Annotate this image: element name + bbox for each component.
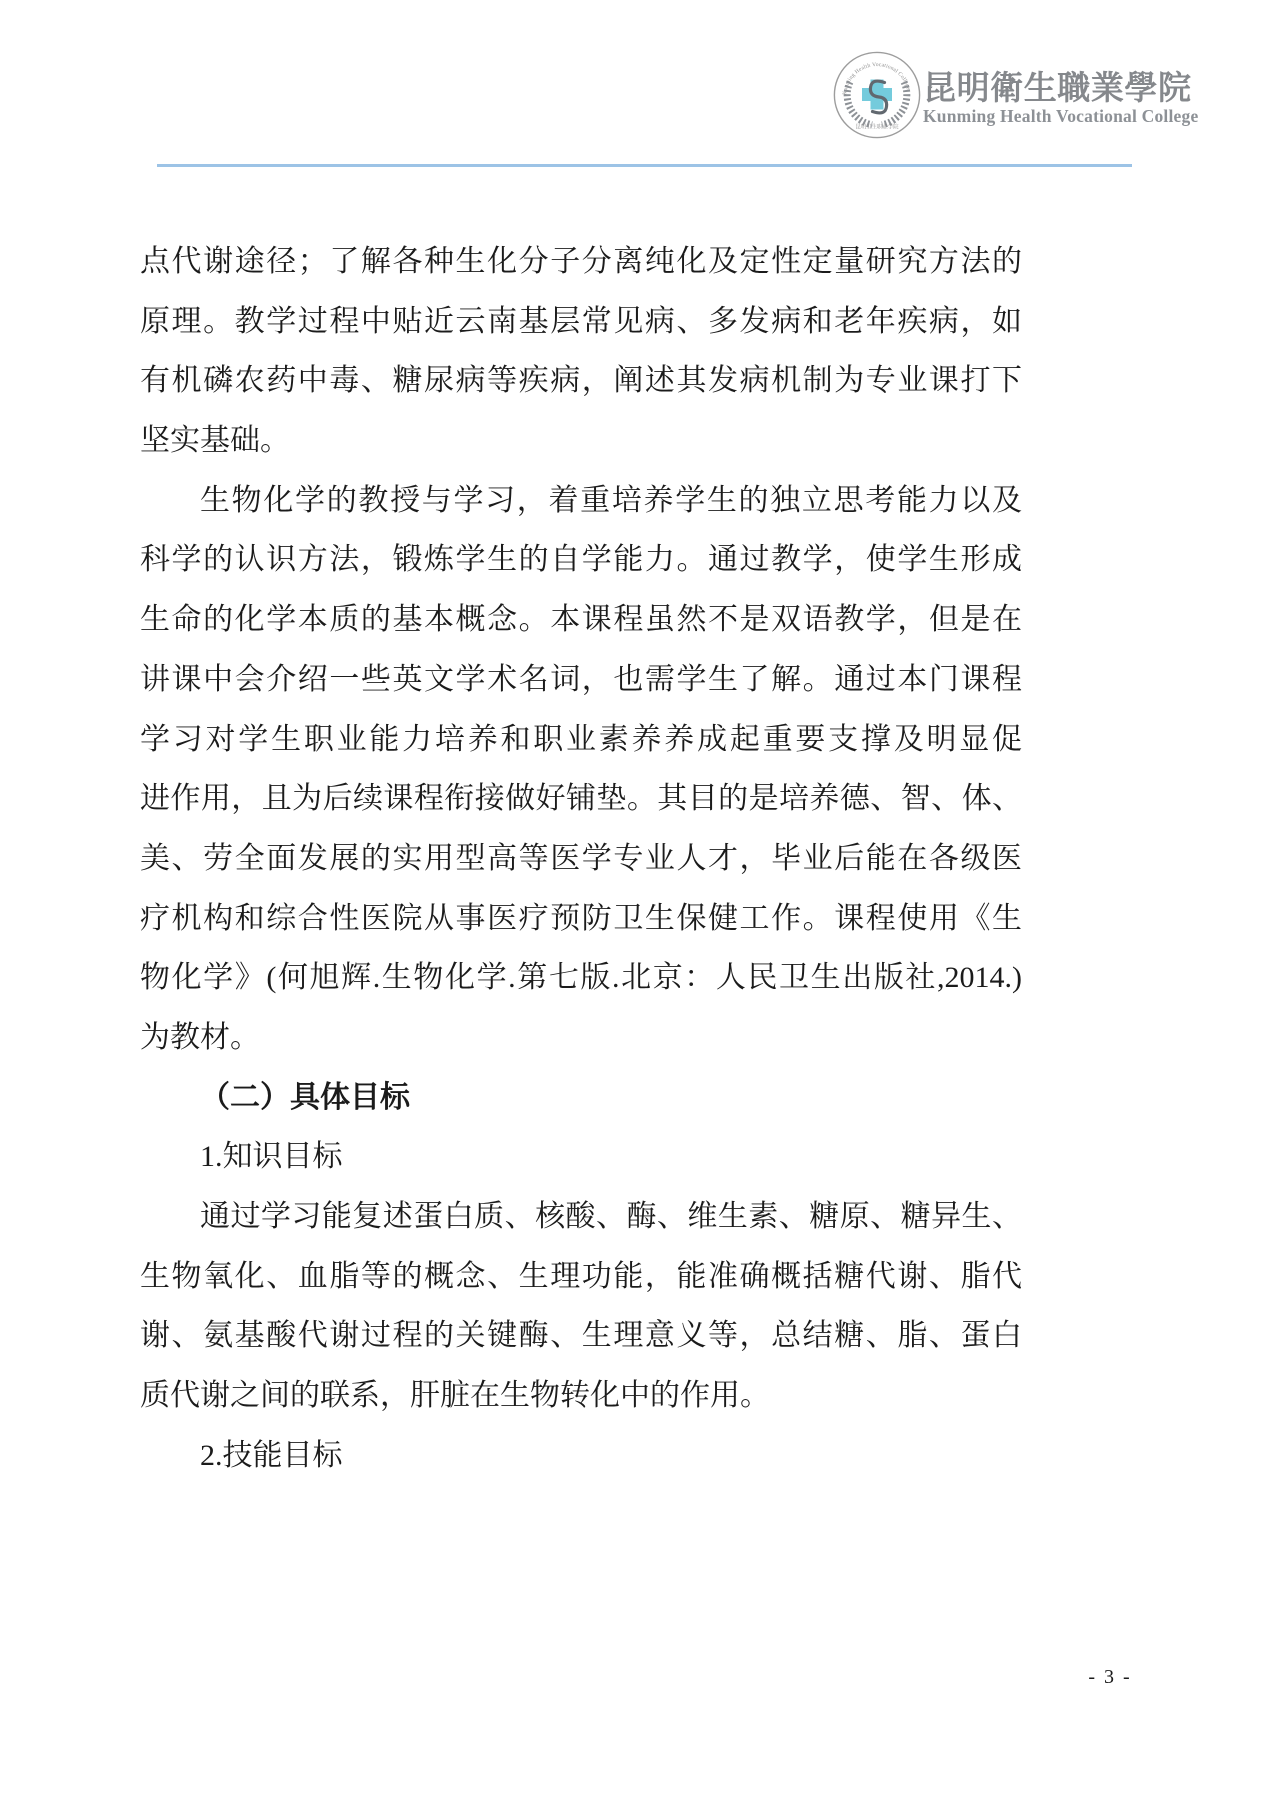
text-line: （二）具体目标 bbox=[140, 1068, 1022, 1128]
text-line: 科学的认识方法，锻炼学生的自学能力。通过教学，使学生形成 bbox=[140, 530, 1022, 590]
text-line: 生命的化学本质的基本概念。本课程虽然不是双语教学，但是在 bbox=[140, 590, 1022, 650]
seal-bottom-text: 昆明卫生职业学院 bbox=[855, 123, 899, 131]
text-line: 点代谢途径；了解各种生化分子分离纯化及定性定量研究方法的 bbox=[140, 232, 1022, 292]
text-line: 物化学》(何旭辉.生物化学.第七版.北京：人民卫生出版社,2014.) bbox=[140, 948, 1022, 1008]
text-line: 学习对学生职业能力培养和职业素养养成起重要支撑及明显促 bbox=[140, 710, 1022, 770]
text-line: 为教材。 bbox=[140, 1008, 1022, 1068]
text-line: 1.知识目标 bbox=[140, 1127, 1022, 1187]
text-line: 疗机构和综合性医院从事医疗预防卫生保健工作。课程使用《生 bbox=[140, 889, 1022, 949]
text-line: 谢、氨基酸代谢过程的关键酶、生理意义等，总结糖、脂、蛋白 bbox=[140, 1306, 1022, 1366]
page-number: - 3 - bbox=[1070, 1666, 1150, 1689]
college-seal-icon: Kunming Health Vocational College 昆明卫生职业… bbox=[833, 51, 921, 139]
body-text: 点代谢途径；了解各种生化分子分离纯化及定性定量研究方法的原理。教学过程中贴近云南… bbox=[140, 232, 1022, 1485]
text-line: 生物氧化、血脂等的概念、生理功能，能准确概括糖代谢、脂代 bbox=[140, 1247, 1022, 1307]
text-line: 有机磷农药中毒、糖尿病等疾病，阐述其发病机制为专业课打下 bbox=[140, 351, 1022, 411]
college-name-calligraphy: 昆明衛生職業學院 bbox=[923, 62, 1191, 109]
text-line: 生物化学的教授与学习，着重培养学生的独立思考能力以及 bbox=[140, 471, 1022, 531]
college-name-english: Kunming Health Vocational College bbox=[923, 106, 1191, 127]
college-seal: Kunming Health Vocational College 昆明卫生职业… bbox=[833, 51, 921, 139]
text-line: 进作用，且为后续课程衔接做好铺垫。其目的是培养德、智、体、 bbox=[140, 769, 1022, 829]
text-line: 通过学习能复述蛋白质、核酸、酶、维生素、糖原、糖异生、 bbox=[140, 1187, 1022, 1247]
text-line: 讲课中会介绍一些英文学术名词，也需学生了解。通过本门课程 bbox=[140, 650, 1022, 710]
header-divider bbox=[157, 164, 1132, 167]
text-line: 坚实基础。 bbox=[140, 411, 1022, 471]
text-line: 原理。教学过程中贴近云南基层常见病、多发病和老年疾病，如 bbox=[140, 292, 1022, 352]
text-line: 质代谢之间的联系，肝脏在生物转化中的作用。 bbox=[140, 1366, 1022, 1426]
document-page: Kunming Health Vocational College 昆明卫生职业… bbox=[0, 0, 1274, 1801]
text-line: 美、劳全面发展的实用型高等医学专业人才，毕业后能在各级医 bbox=[140, 829, 1022, 889]
text-line: 2.技能目标 bbox=[140, 1426, 1022, 1486]
